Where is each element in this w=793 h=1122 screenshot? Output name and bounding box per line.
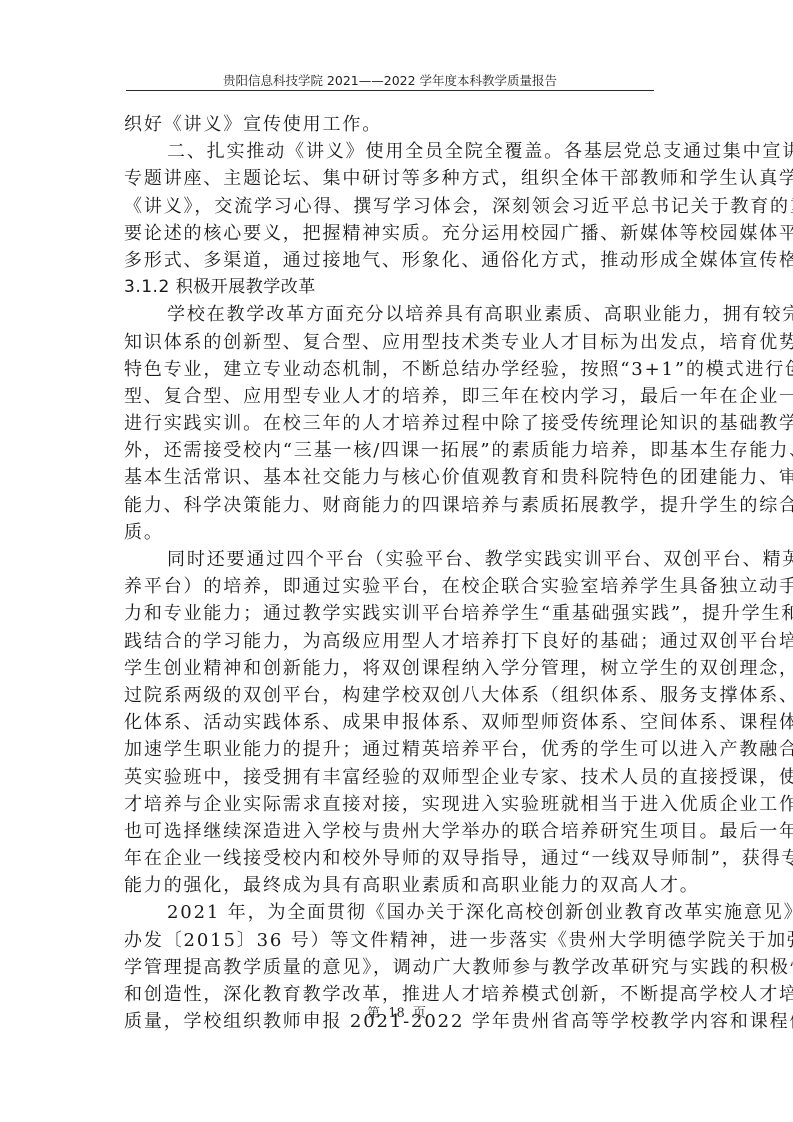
header-divider <box>126 90 654 91</box>
page-body: 织好《讲义》宣传使用工作。 二、扎实推动《讲义》使用全员全院全覆盖。各基层党总支… <box>124 111 662 1035</box>
section-title: 积极开展教学改革 <box>176 277 316 297</box>
text-line: 力和专业能力；通过教学实践实训平台培养学生“重基础强实践”，提升学生和实 <box>124 600 662 627</box>
section-heading: 3.1.2积极开展教学改革 <box>124 274 662 301</box>
paragraph-jiangyi-coverage: 二、扎实推动《讲义》使用全员全院全覆盖。各基层党总支通过集中宣讲、 专题讲座、主… <box>124 138 662 274</box>
text-line: 学校在教学改革方面充分以培养具有高职业素质、高职业能力，拥有较完备 <box>124 301 662 328</box>
text-line: 能力的强化，最终成为具有高职业素质和高职业能力的双高人才。 <box>124 872 662 899</box>
text-line: 化体系、活动实践体系、成果申报体系、双师型师资体系、空间体系、课程体系）， <box>124 709 662 736</box>
text-line: 加速学生职业能力的提升；通过精英培养平台，优秀的学生可以进入产教融合精 <box>124 736 662 763</box>
section-number: 3.1.2 <box>124 277 170 297</box>
text-line: 也可选择继续深造进入学校与贵州大学举办的联合培养研究生项目。最后一年全 <box>124 818 662 845</box>
text-line: 专题讲座、主题论坛、集中研讨等多种方式，组织全体干部教师和学生认真学习 <box>124 165 662 192</box>
text-line: 质。 <box>124 519 662 546</box>
page-number: 第 18 页 <box>367 1006 426 1021</box>
page-footer: 第 18 页 <box>0 1005 793 1023</box>
text-line: 践结合的学习能力，为高级应用型人才培养打下良好的基础；通过双创平台培养 <box>124 628 662 655</box>
text-line: 外，还需接受校内“三基一核/四课一拓展”的素质能力培养，即基本生存能力、 <box>124 437 662 464</box>
text-line: 2021 年，为全面贯彻《国办关于深化高校创新创业教育改革实施意见》（国 <box>124 899 662 926</box>
text-line: 知识体系的创新型、复合型、应用型技术类专业人才目标为出发点，培育优势和 <box>124 329 662 356</box>
paragraph-continuation: 织好《讲义》宣传使用工作。 <box>124 111 662 138</box>
text-line: 英实验班中，接受拥有丰富经验的双师型企业专家、技术人员的直接授课，使人 <box>124 764 662 791</box>
text-line: 多形式、多渠道，通过接地气、形象化、通俗化方式，推动形成全媒体宣传格局。 <box>124 247 662 274</box>
text-line: 基本生活常识、基本社交能力与核心价值观教育和贵科院特色的团建能力、审美 <box>124 464 662 491</box>
text-line: 养平台）的培养，即通过实验平台，在校企联合实验室培养学生具备独立动手能 <box>124 573 662 600</box>
text-line: 二、扎实推动《讲义》使用全员全院全覆盖。各基层党总支通过集中宣讲、 <box>124 138 662 165</box>
header-title: 贵阳信息科技学院 2021——2022 学年度本科教学质量报告 <box>223 73 557 88</box>
text-line: 过院系两级的双创平台，构建学校双创八大体系（组织体系、服务支撑体系、孵 <box>124 682 662 709</box>
text-line: 《讲义》，交流学习心得、撰写学习体会，深刻领会习近平总书记关于教育的重 <box>124 193 662 220</box>
text-line: 学生创业精神和创新能力，将双创课程纳入学分管理，树立学生的双创理念，通 <box>124 655 662 682</box>
text-line: 年在企业一线接受校内和校外导师的双导指导，通过“一线双导师制”，获得专业 <box>124 845 662 872</box>
text-line: 办发〔2015〕36 号）等文件精神，进一步落实《贵州大学明德学院关于加强教 <box>124 927 662 954</box>
text-line: 学管理提高教学质量的意见》，调动广大教师参与教学改革研究与实践的积极性 <box>124 954 662 981</box>
text-line: 特色专业，建立专业动态机制，不断总结办学经验，按照“3+1”的模式进行创新 <box>124 356 662 383</box>
text-line: 型、复合型、应用型专业人才的培养，即三年在校内学习，最后一年在企业一线 <box>124 383 662 410</box>
text-line: 能力、科学决策能力、财商能力的四课培养与素质拓展教学，提升学生的综合素 <box>124 492 662 519</box>
text-line: 同时还要通过四个平台（实验平台、教学实践实训平台、双创平台、精英培 <box>124 546 662 573</box>
page-header: 贵阳信息科技学院 2021——2022 学年度本科教学质量报告 <box>126 72 654 98</box>
paragraph-teaching-reform: 学校在教学改革方面充分以培养具有高职业素质、高职业能力，拥有较完备 知识体系的创… <box>124 301 662 546</box>
text-line: 织好《讲义》宣传使用工作。 <box>124 111 662 138</box>
text-line: 进行实践实训。在校三年的人才培养过程中除了接受传统理论知识的基础教学 <box>124 410 662 437</box>
paragraph-four-platforms: 同时还要通过四个平台（实验平台、教学实践实训平台、双创平台、精英培 养平台）的培… <box>124 546 662 899</box>
text-line: 才培养与企业实际需求直接对接，实现进入实验班就相当于进入优质企业工作， <box>124 791 662 818</box>
text-line: 要论述的核心要义，把握精神实质。充分运用校园广播、新媒体等校园媒体平台 <box>124 220 662 247</box>
